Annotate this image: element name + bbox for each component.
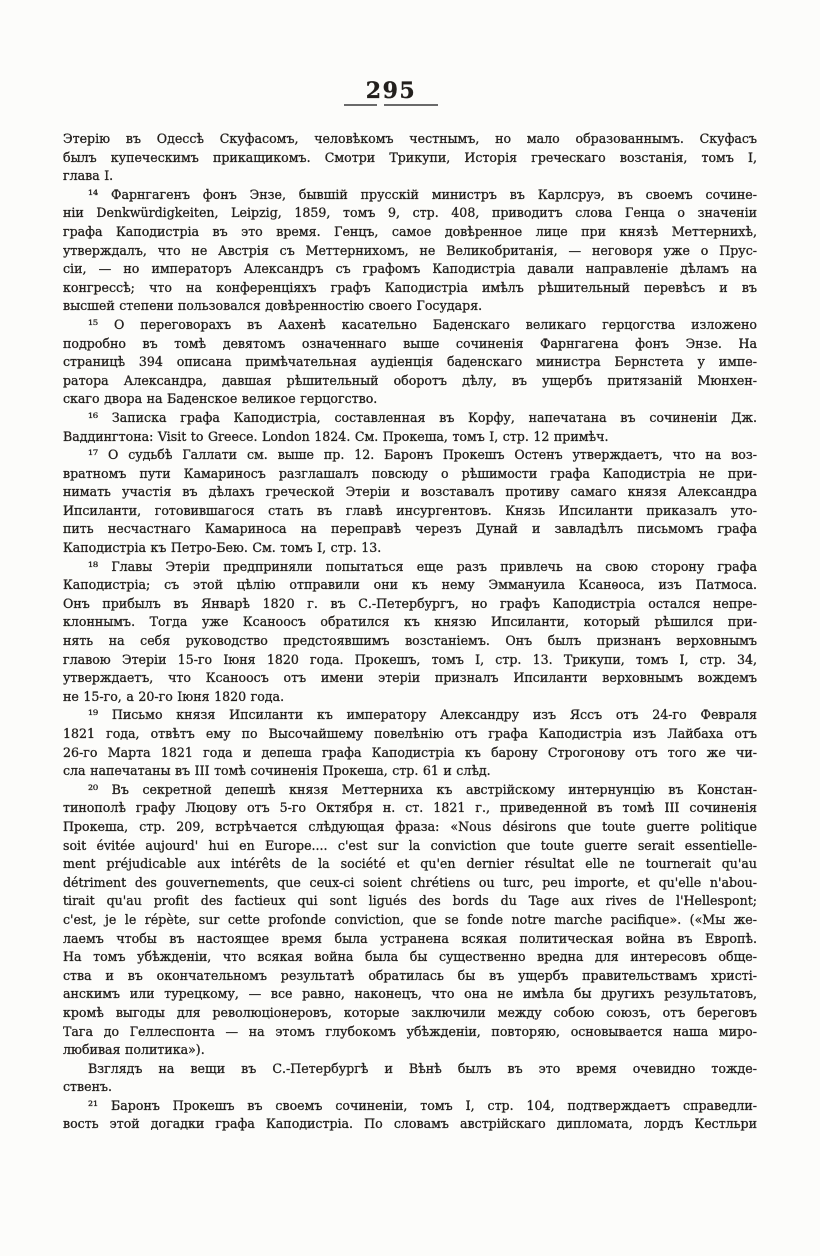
text-line: ²¹ Баронъ Прокешъ въ своемъ сочиненіи, т…: [63, 1097, 757, 1116]
text-line: tirait qu'au profit des factieux qui son…: [63, 892, 757, 911]
text-line: Тага до Геллеспонта — на этомъ глубокомъ…: [63, 1023, 757, 1042]
text-line: Ваддингтона: Visit to Greece. London 182…: [63, 428, 757, 447]
text-line: страницѣ 394 описана примѣчательная ауді…: [63, 353, 757, 372]
text-line: soit évitée aujourd' hui en Europe.... c…: [63, 837, 757, 856]
text-line: ственъ.: [63, 1078, 757, 1097]
text-line: утверждалъ, что не Австрія съ Меттернихо…: [63, 242, 757, 261]
text-line: сіи, — но императоръ Александръ съ графо…: [63, 260, 757, 279]
text-line: утверждаетъ, что Ксаноосъ отъ имени этер…: [63, 669, 757, 688]
text-line: ¹⁹ Письмо князя Ипсиланти къ императору …: [63, 706, 757, 725]
text-line: нять на себя руководство предстоявшимъ в…: [63, 632, 757, 651]
rule-segment-right: [384, 104, 438, 106]
text-line: не 15-го, а 20-го Іюня 1820 года.: [63, 688, 757, 707]
text-line: вость этой догадки графа Каподистріа. По…: [63, 1115, 757, 1134]
text-line: Прокеша, стр. 209, встрѣчается слѣдующая…: [63, 818, 757, 837]
text-line: На томъ убѣжденіи, что всякая война была…: [63, 948, 757, 967]
footnote-16: ¹⁶ Записка графа Каподистріа, составленн…: [63, 409, 757, 446]
text-line: ¹⁶ Записка графа Каподистріа, составленн…: [63, 409, 757, 428]
text-line: былъ купеческимъ прикащикомъ. Смотри Три…: [63, 149, 757, 168]
text-line: конгрессѣ; что на конференціяхъ графъ Ка…: [63, 279, 757, 298]
text-line: Каподистріа; съ этой цѣлію отправили они…: [63, 576, 757, 595]
text-line: анскимъ или турецкому, — все равно, нако…: [63, 985, 757, 1004]
footnote-17: ¹⁷ О судьбѣ Галлати см. выше пр. 12. Бар…: [63, 446, 757, 558]
text-line: ¹⁸ Главы Этеріи предприняли попытаться е…: [63, 558, 757, 577]
text-line: Ипсиланти, готовившагося стать въ главѣ …: [63, 502, 757, 521]
text-line: нимать участія въ дѣлахъ греческой Этері…: [63, 483, 757, 502]
text-line: пить несчастнаго Камариноса на переправѣ…: [63, 520, 757, 539]
text-line: détriment des gouvernements, que ceux-ci…: [63, 874, 757, 893]
footnote-20: ²⁰ Въ секретной депешѣ князя Меттерниха …: [63, 781, 757, 1060]
text-line: 26-го Марта 1821 года и депеша графа Кап…: [63, 744, 757, 763]
text-line: лаемъ чтобы въ настоящее время была устр…: [63, 930, 757, 949]
text-line: высшей степени пользовался довѣренностію…: [63, 297, 757, 316]
text-line: подробно въ томѣ девятомъ означеннаго вы…: [63, 335, 757, 354]
text-line: клоннымъ. Тогда уже Ксаноосъ обратился к…: [63, 613, 757, 632]
footnote-19: ¹⁹ Письмо князя Ипсиланти къ императору …: [63, 706, 757, 780]
text-line: глава I.: [63, 167, 757, 186]
text-line: ¹⁴ Фарнгагенъ фонъ Энзе, бывшій прусскій…: [63, 186, 757, 205]
text-line: вратномъ пути Камариносъ разглашалъ повс…: [63, 465, 757, 484]
intro-continuation: Этерію въ Одессѣ Скуфасомъ, человѣкомъ ч…: [63, 130, 757, 186]
text-line: Этерію въ Одессѣ Скуфасомъ, человѣкомъ ч…: [63, 130, 757, 149]
footnote-15: ¹⁵ О переговорахъ въ Аахенѣ касательно Б…: [63, 316, 757, 409]
text-line: кромѣ выгоды для революціонеровъ, которы…: [63, 1004, 757, 1023]
text-line: 1821 года, отвѣтъ ему по Высочайшему пов…: [63, 725, 757, 744]
text-line: ніи Denkwürdigkeiten, Leipzig, 1859, том…: [63, 204, 757, 223]
text-line: Взглядъ на вещи въ С.-Петербургѣ и Вѣнѣ …: [63, 1060, 757, 1079]
text-line: скаго двора на Баденское великое герцогс…: [63, 390, 757, 409]
text-line: ¹⁵ О переговорахъ въ Аахенѣ касательно Б…: [63, 316, 757, 335]
footnote-18: ¹⁸ Главы Этеріи предприняли попытаться е…: [63, 558, 757, 707]
text-line: ратора Александра, давшая рѣшительный об…: [63, 372, 757, 391]
scanned-book-page: 295 Этерію въ Одессѣ Скуфасомъ, человѣко…: [0, 0, 820, 1256]
text-line: ²⁰ Въ секретной депешѣ князя Меттерниха …: [63, 781, 757, 800]
text-line: любивая политика»).: [63, 1041, 757, 1060]
text-line: c'est, je le répète, sur cette profonde …: [63, 911, 757, 930]
text-block: Этерію въ Одессѣ Скуфасомъ, человѣкомъ ч…: [63, 130, 757, 1134]
page-number: 295: [343, 78, 439, 104]
page-number-rule: [344, 104, 438, 106]
text-line: ment préjudicable aux intérêts de la soc…: [63, 855, 757, 874]
text-line: Каподистріа къ Петро-Бею. См. томъ I, ст…: [63, 539, 757, 558]
footnote-21: ²¹ Баронъ Прокешъ въ своемъ сочиненіи, т…: [63, 1097, 757, 1134]
footnote-14: ¹⁴ Фарнгагенъ фонъ Энзе, бывшій прусскій…: [63, 186, 757, 316]
body-paragraph: Взглядъ на вещи въ С.-Петербургѣ и Вѣнѣ …: [63, 1060, 757, 1097]
text-line: Онъ прибылъ въ Январѣ 1820 г. въ С.-Пете…: [63, 595, 757, 614]
text-line: графа Каподистріа въ это время. Генцъ, с…: [63, 223, 757, 242]
rule-segment-left: [344, 104, 377, 106]
text-line: главою Этеріи 15-го Іюня 1820 года. Прок…: [63, 651, 757, 670]
text-line: тинополѣ графу Люцову отъ 5-го Октября н…: [63, 799, 757, 818]
text-line: ¹⁷ О судьбѣ Галлати см. выше пр. 12. Бар…: [63, 446, 757, 465]
text-line: сла напечатаны въ III томѣ сочиненія Про…: [63, 762, 757, 781]
text-line: ства и въ окончательномъ результатѣ обра…: [63, 967, 757, 986]
